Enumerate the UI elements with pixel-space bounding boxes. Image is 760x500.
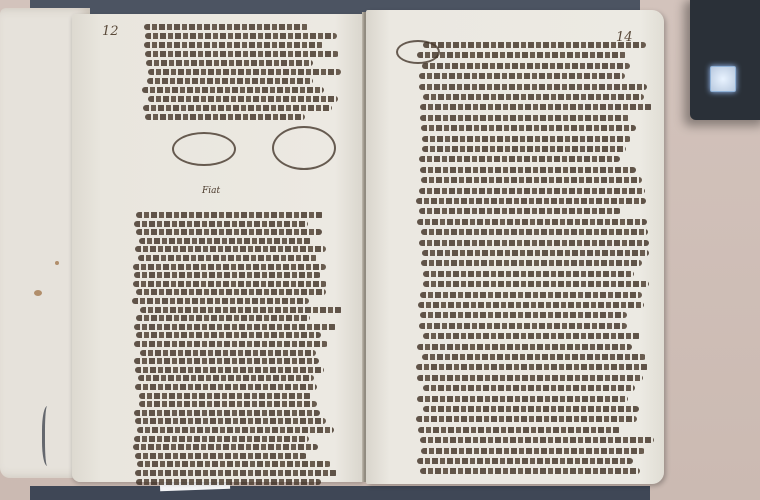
- handwritten-line: [140, 307, 343, 313]
- folio-number-left: 12: [102, 24, 119, 39]
- handwritten-line: [137, 427, 334, 433]
- handwritten-line: [139, 393, 312, 399]
- handwritten-line: [420, 167, 635, 173]
- handwritten-line: [419, 208, 621, 214]
- handwritten-line: [134, 410, 320, 416]
- handwritten-line: [137, 461, 331, 467]
- handwritten-line: [420, 115, 630, 121]
- handwritten-line: [135, 246, 326, 252]
- handwritten-line: [421, 125, 637, 131]
- handwritten-line: [423, 94, 645, 100]
- handwritten-line: [419, 323, 627, 329]
- handwritten-line: [136, 479, 321, 485]
- handwritten-line: [135, 384, 317, 390]
- handwritten-line: [133, 281, 327, 287]
- handwritten-line: [419, 156, 620, 162]
- handwritten-line: [136, 229, 322, 235]
- handwritten-line: [420, 468, 640, 474]
- handwritten-line: [134, 358, 320, 364]
- handwritten-line: [133, 444, 319, 450]
- handwritten-line: [145, 33, 337, 39]
- ink-mark: [42, 406, 55, 466]
- right-page: 14: [366, 10, 664, 484]
- handwritten-line: [136, 315, 310, 321]
- handwritten-line: [143, 105, 332, 111]
- handwritten-line: [421, 229, 648, 235]
- handwritten-line: [138, 375, 313, 381]
- electronic-device: [690, 0, 760, 120]
- handwritten-line: [423, 42, 646, 48]
- handwritten-line: [423, 271, 634, 277]
- left-page: 12 Fiat: [72, 14, 364, 482]
- handwritten-line: [135, 418, 326, 424]
- handwritten-line: [423, 385, 635, 391]
- handwritten-line: [420, 104, 653, 110]
- handwritten-line: [419, 84, 647, 90]
- handwritten-line: [136, 212, 323, 218]
- handwritten-line: [420, 437, 654, 443]
- handwritten-line: [144, 42, 324, 48]
- handwritten-line: [144, 24, 309, 30]
- handwritten-line: [135, 453, 307, 459]
- handwritten-line: [134, 341, 328, 347]
- handwritten-line: [421, 177, 642, 183]
- handwritten-line: [148, 96, 338, 102]
- handwritten-line: [416, 416, 636, 422]
- handwritten-line: [422, 146, 626, 152]
- handwritten-line: [423, 281, 650, 287]
- handwritten-line: [422, 63, 630, 69]
- handwritten-line: [417, 219, 647, 225]
- handwritten-line: [133, 264, 326, 270]
- handwritten-line: [140, 350, 316, 356]
- folder-bottom-edge: [30, 486, 650, 500]
- handwritten-line: [139, 238, 312, 244]
- handwritten-line: [145, 114, 306, 120]
- handwritten-line: [417, 375, 642, 381]
- handwritten-line: [132, 298, 308, 304]
- handwritten-line: [421, 260, 642, 266]
- handwritten-line: [423, 406, 639, 412]
- handwritten-line: [146, 60, 313, 66]
- handwritten-line: [416, 364, 649, 370]
- signature-rubric: [272, 126, 336, 170]
- handwritten-line: [417, 344, 631, 350]
- handwritten-line: [134, 324, 337, 330]
- handwritten-line: [417, 458, 633, 464]
- handwritten-line: [136, 289, 326, 295]
- handwritten-line: [139, 401, 317, 407]
- ink-stain: [34, 290, 42, 296]
- handwritten-line: [134, 436, 309, 442]
- handwritten-line: [135, 470, 338, 476]
- handwritten-line: [138, 255, 318, 261]
- handwritten-line: [135, 367, 324, 373]
- handwritten-line: [136, 332, 321, 338]
- handwritten-line: [422, 136, 631, 142]
- handwritten-line: [416, 198, 645, 204]
- handwritten-line: [142, 87, 323, 93]
- ink-stain: [55, 261, 59, 265]
- section-heading: Fiat: [202, 186, 220, 196]
- handwritten-line: [420, 312, 627, 318]
- device-light-icon: [710, 66, 736, 92]
- handwritten-line: [134, 221, 308, 227]
- handwritten-line: [148, 69, 341, 75]
- handwritten-line: [421, 448, 645, 454]
- handwritten-line: [420, 292, 642, 298]
- handwritten-line: [418, 427, 621, 433]
- handwritten-line: [423, 333, 641, 339]
- handwritten-line: [417, 396, 629, 402]
- handwritten-line: [417, 52, 627, 58]
- handwritten-line: [147, 78, 313, 84]
- handwritten-line: [422, 354, 646, 360]
- handwritten-line: [419, 240, 649, 246]
- handwritten-line: [145, 51, 338, 57]
- handwritten-line: [419, 188, 645, 194]
- handwritten-line: [422, 250, 649, 256]
- handwritten-line: [419, 73, 626, 79]
- handwritten-line: [134, 272, 321, 278]
- handwritten-line: [418, 302, 644, 308]
- signature-rubric: [172, 132, 236, 166]
